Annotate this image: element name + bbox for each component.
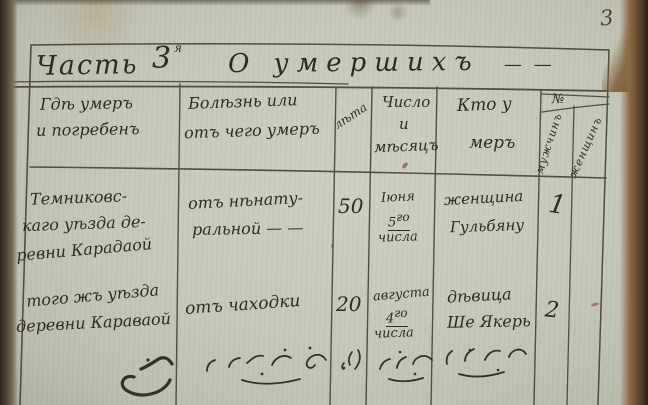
- tatar-arabic-annotation-who: [447, 349, 526, 377]
- col-header-where-line1: Гдѣ умеръ: [40, 95, 133, 113]
- col-header-date-line2: и: [399, 117, 409, 132]
- title-part-number: 3: [152, 44, 171, 74]
- book-gutter-shadow: [0, 0, 18, 405]
- row2-age: 20: [336, 294, 361, 314]
- tatar-arabic-annotation-age: [342, 350, 360, 369]
- page-title: О умершихъ: [228, 49, 480, 77]
- col-header-date-line3: мѣсяцъ: [374, 138, 439, 155]
- row1-age: 50: [338, 196, 363, 216]
- col-header-who-line2: меръ: [469, 135, 515, 152]
- tatar-arabic-annotation-row: [0, 340, 648, 405]
- manuscript-page-scan: 3 Часть 3 я О умершихъ — — Гдѣ умеръ и п…: [0, 0, 648, 405]
- col-header-where-line2: и погребенъ: [36, 121, 140, 139]
- row1-date-day: 5го: [388, 211, 410, 231]
- ink-dot-speck: [331, 244, 334, 248]
- col-header-number-sign: №: [552, 93, 564, 106]
- row1-where-line2: каго уѣзда де-: [22, 214, 146, 234]
- row2-date-label: числа: [374, 326, 414, 340]
- col-header-illness-line1: Болѣзнь или: [188, 92, 298, 112]
- col-header-illness-line2: отъ чего умеръ: [184, 121, 320, 142]
- row1-illness-line2: ральной — —: [192, 220, 304, 238]
- page-top-edge: [0, 0, 430, 6]
- tatar-arabic-annotation-illness: [207, 347, 326, 384]
- row1-date-label: числа: [378, 230, 418, 244]
- row1-where-line1: Темниковс-: [30, 188, 128, 207]
- title-part-label: Часть: [36, 51, 139, 80]
- tatar-arabic-annotation-date: [380, 351, 432, 382]
- row1-who-line1: женщина: [444, 189, 524, 208]
- row1-who-line2: Гульбяну: [450, 218, 525, 236]
- book-edge-right: [620, 0, 648, 405]
- row2-date-day: 4го: [386, 307, 408, 327]
- col-header-date-line1: Число: [382, 95, 430, 110]
- col-header-who-line1: Кто у: [457, 96, 512, 115]
- title-dashes: — —: [504, 56, 555, 74]
- row1-date-month: Іюня: [381, 190, 415, 205]
- row2-who-line2: Ше Якерь: [447, 313, 531, 330]
- title-part-number-suffix: я: [174, 42, 182, 54]
- tatar-arabic-annotation-where: [122, 358, 172, 395]
- row2-number: 2: [544, 299, 560, 322]
- row2-who-line1: дѣвица: [447, 286, 512, 305]
